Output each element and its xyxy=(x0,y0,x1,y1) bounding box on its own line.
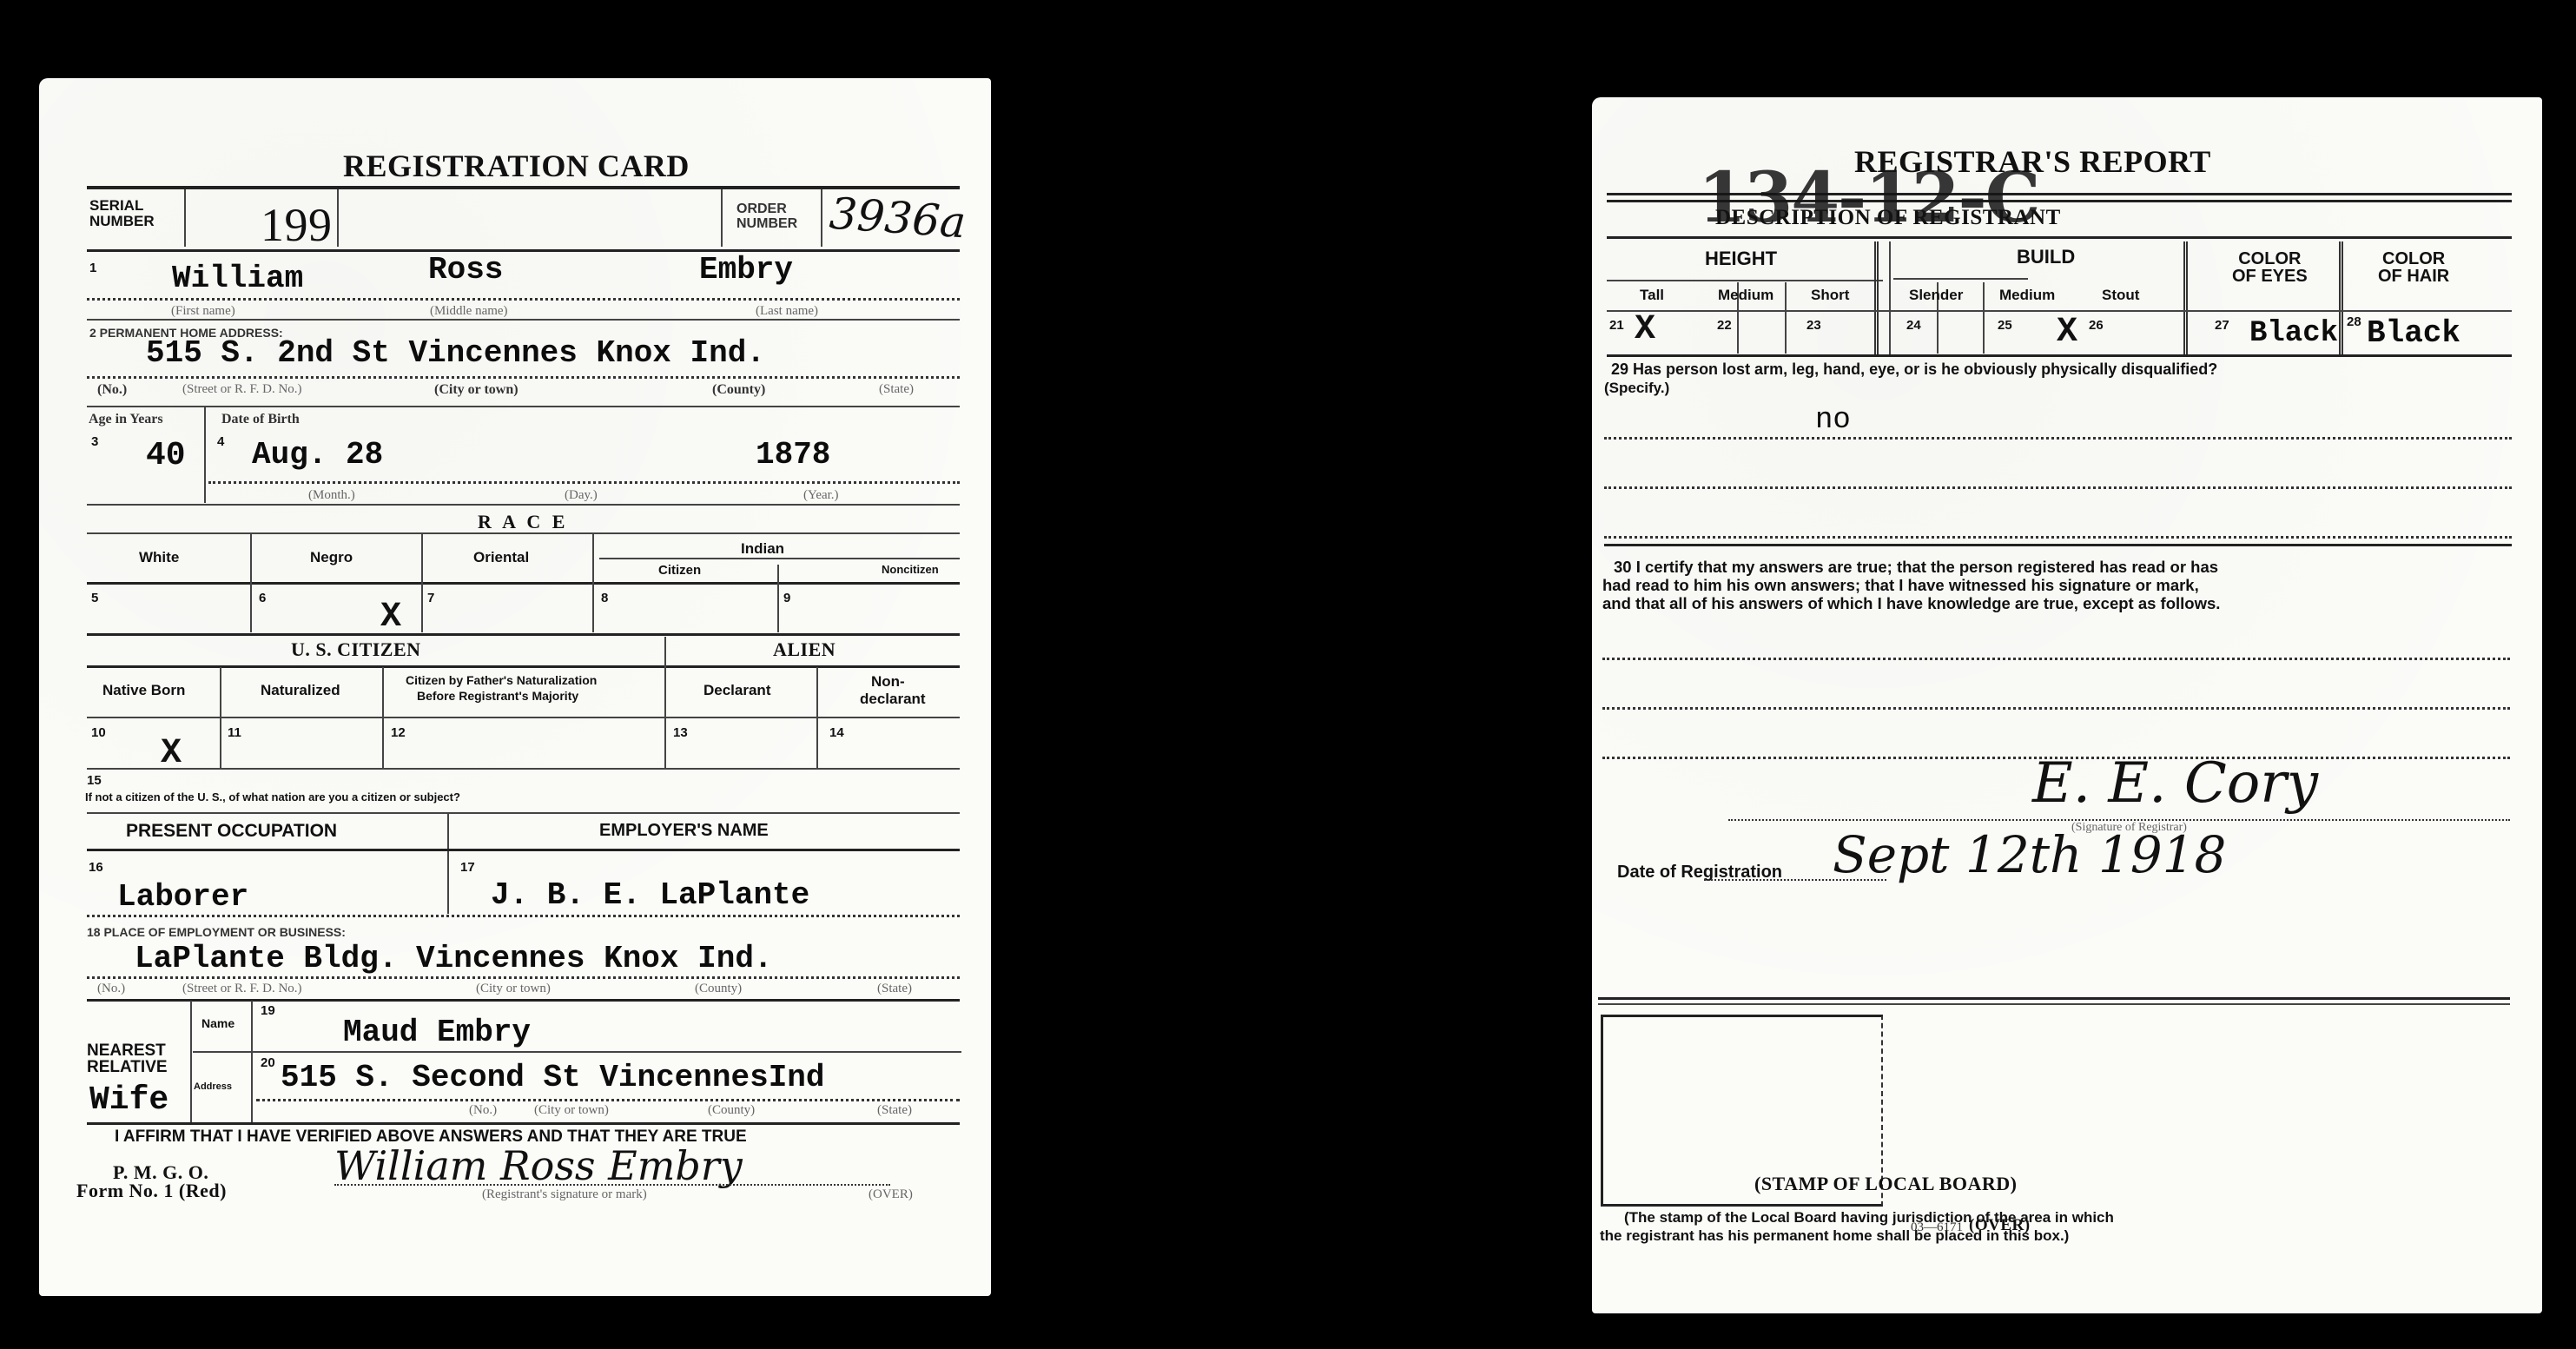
serial-label: SERIAL NUMBER xyxy=(89,198,155,229)
date-of-registration-value: Sept 12th 1918 xyxy=(1833,825,2226,884)
last-name: Embry xyxy=(699,252,793,288)
rule xyxy=(1602,707,2510,710)
rule xyxy=(87,665,960,668)
eye-color: Black xyxy=(2249,317,2338,350)
divider xyxy=(1785,282,1787,354)
rule xyxy=(87,999,960,1002)
registrant-signature: William Ross Embry xyxy=(334,1142,743,1189)
race-negro-mark: X xyxy=(380,598,401,637)
height-short: Short xyxy=(1811,287,1849,304)
q30-line3: and that all of his answers of which I h… xyxy=(1602,594,2220,613)
over-label-right: (OVER) xyxy=(1969,1216,2031,1235)
divider xyxy=(447,814,449,914)
divider xyxy=(2183,241,2188,354)
rule xyxy=(1598,997,2510,1000)
rule xyxy=(87,376,960,379)
field-number: 19 xyxy=(261,1003,275,1018)
hair-color: Black xyxy=(2367,315,2460,351)
dob-caption-month: (Month.) xyxy=(308,488,355,503)
field-number: 26 xyxy=(2089,318,2104,333)
q30-line2: had read to him his own answers; that I … xyxy=(1602,576,2199,595)
rule xyxy=(334,1184,890,1186)
addr-caption-street: (Street or R. F. D. No.) xyxy=(182,382,302,397)
emp-caption-street: (Street or R. F. D. No.) xyxy=(182,982,302,996)
divider xyxy=(251,1001,253,1122)
field-number: 17 xyxy=(460,860,475,875)
divider xyxy=(1874,241,1879,354)
rule xyxy=(87,717,960,718)
rule xyxy=(87,915,960,917)
divider xyxy=(821,189,822,247)
field-number: 24 xyxy=(1906,318,1921,333)
occupation-header: PRESENT OCCUPATION xyxy=(126,821,337,842)
first-name-caption: (First name) xyxy=(171,304,235,319)
field-number: 7 xyxy=(427,591,434,605)
divider xyxy=(337,189,339,247)
rule xyxy=(87,249,960,252)
stamp-note-line1: (The stamp of the Local Board having jur… xyxy=(1624,1209,2114,1227)
divider xyxy=(1983,282,1985,354)
dob-year: 1878 xyxy=(756,437,830,473)
build-stout: Stout xyxy=(2102,287,2139,304)
field-number: 14 xyxy=(829,725,844,740)
nearest-relative-label: NEAREST RELATIVE xyxy=(87,1042,168,1075)
nearest-label-line1: NEAREST xyxy=(87,1042,168,1059)
rel-caption-city: (City or town) xyxy=(534,1103,609,1118)
employment-place-label: 18 PLACE OF EMPLOYMENT OR BUSINESS: xyxy=(87,925,346,939)
field-number: 11 xyxy=(228,725,241,740)
divider xyxy=(204,406,206,503)
citizen-header-naturalized: Naturalized xyxy=(261,682,340,699)
field-number: 13 xyxy=(673,725,688,740)
divider xyxy=(184,189,186,247)
relative-address-label: Address xyxy=(194,1081,232,1092)
nearest-label-line2: RELATIVE xyxy=(87,1059,168,1075)
q29-answer: no xyxy=(1815,404,1851,437)
field-number: 15 xyxy=(87,773,102,788)
rule xyxy=(1893,278,2028,280)
dob-caption-year: (Year.) xyxy=(803,488,839,503)
serial-number: 199 xyxy=(261,198,333,252)
field-number: 28 xyxy=(2347,314,2361,329)
rule xyxy=(1604,544,2512,546)
field-number: 9 xyxy=(783,591,790,605)
q29-text: 29 Has person lost arm, leg, hand, eye, … xyxy=(1611,360,2217,379)
occupation-value: Laborer xyxy=(117,879,248,915)
field-number: 3 xyxy=(91,434,98,449)
over-label: (OVER) xyxy=(869,1187,913,1202)
emp-caption-county: (County) xyxy=(695,982,742,996)
rule xyxy=(87,298,960,301)
race-header-negro: Negro xyxy=(310,549,353,566)
rule xyxy=(87,849,960,851)
hair-header-line1: COLOR xyxy=(2378,250,2449,268)
race-header-indian: Indian xyxy=(741,540,784,558)
relative-relation: Wife xyxy=(89,1081,168,1119)
height-tall-mark: X xyxy=(1635,310,1655,349)
addr-caption-no: (No.) xyxy=(97,382,127,398)
field-number: 8 xyxy=(601,591,608,605)
rule xyxy=(193,1051,961,1053)
registrar-signature: E. E. Cory xyxy=(2032,751,2318,816)
relative-name: Maud Embry xyxy=(343,1015,531,1050)
rule xyxy=(1704,879,1886,881)
relative-address: 515 S. Second St VincennesInd xyxy=(281,1060,825,1095)
rule xyxy=(1598,1003,2510,1005)
race-header-oriental: Oriental xyxy=(473,549,529,566)
dob-label: Date of Birth xyxy=(221,412,300,427)
citizen-header-native-born: Native Born xyxy=(102,682,185,699)
divider xyxy=(421,534,423,632)
registration-card-title: REGISTRATION CARD xyxy=(343,148,690,184)
last-name-caption: (Last name) xyxy=(756,304,818,319)
age-value: 40 xyxy=(146,437,186,474)
alien-header-non: Non- xyxy=(871,673,905,691)
order-label-line2: NUMBER xyxy=(736,216,797,231)
rule xyxy=(1607,236,2512,239)
board-stamp-number: 134-12-C xyxy=(1698,156,2038,238)
divider xyxy=(250,534,252,632)
serial-label-line1: SERIAL xyxy=(89,198,155,214)
field-number: 27 xyxy=(2215,318,2229,333)
rule xyxy=(1604,486,2512,489)
height-tall: Tall xyxy=(1640,287,1664,304)
divider xyxy=(190,1001,192,1122)
rule xyxy=(1604,437,2512,440)
hair-header: COLOR OF HAIR xyxy=(2378,250,2449,285)
form-code: 03—6171 xyxy=(1911,1220,1963,1235)
employment-place: LaPlante Bldg. Vincennes Knox Ind. xyxy=(135,941,773,976)
order-label: ORDER NUMBER xyxy=(736,202,797,231)
rule xyxy=(87,406,960,407)
divider xyxy=(2339,241,2343,354)
age-label: Age in Years xyxy=(89,412,163,427)
rule xyxy=(208,481,960,484)
citizen-header-fathers: Citizen by Father's Naturalization xyxy=(406,673,597,687)
height-header: HEIGHT xyxy=(1705,248,1777,270)
employer-value: J. B. E. LaPlante xyxy=(491,877,809,913)
addr-caption-county: (County) xyxy=(712,382,765,398)
divider xyxy=(721,189,723,247)
rule xyxy=(87,186,960,189)
stamp-label: (STAMP OF LOCAL BOARD) xyxy=(1754,1173,2018,1195)
race-header-citizen: Citizen xyxy=(658,563,701,578)
employer-header: EMPLOYER'S NAME xyxy=(599,821,769,841)
rule xyxy=(1602,658,2510,660)
signature-caption: (Registrant's signature or mark) xyxy=(482,1187,647,1202)
rule xyxy=(87,812,960,814)
rel-caption-county: (County) xyxy=(708,1103,755,1118)
rule xyxy=(256,1099,960,1101)
dob-month-day: Aug. 28 xyxy=(252,437,383,473)
alien-header-declarant: Declarant xyxy=(703,682,770,699)
rule xyxy=(1607,310,2512,312)
first-name: William xyxy=(172,261,303,296)
relative-name-label: Name xyxy=(201,1016,234,1030)
form-number: Form No. 1 (Red) xyxy=(76,1180,227,1202)
field-number: 1 xyxy=(89,261,96,275)
divider xyxy=(777,565,779,632)
build-medium-mark: X xyxy=(2057,313,2077,352)
emp-caption-no: (No.) xyxy=(97,982,125,996)
rule xyxy=(87,768,960,770)
race-header-white: White xyxy=(139,549,179,566)
emp-caption-city: (City or town) xyxy=(476,982,551,996)
field-number: 22 xyxy=(1717,318,1732,333)
field-number: 5 xyxy=(91,591,98,605)
divider xyxy=(592,534,594,632)
q30-line1: 30 I certify that my answers are true; t… xyxy=(1614,558,2218,577)
race-title: R A C E xyxy=(478,511,568,533)
rule xyxy=(1607,280,1883,281)
field-number: 25 xyxy=(1998,318,2012,333)
us-citizen-title: U. S. CITIZEN xyxy=(291,638,421,661)
rule xyxy=(87,532,960,534)
hair-header-line2: OF HAIR xyxy=(2378,268,2449,285)
height-medium: Medium xyxy=(1718,287,1773,304)
dob-caption-day: (Day.) xyxy=(565,488,598,503)
rel-caption-no: (No.) xyxy=(469,1103,497,1118)
race-header-noncitizen: Noncitizen xyxy=(882,563,939,576)
field-number: 4 xyxy=(217,434,224,449)
eyes-header: COLOR OF EYES xyxy=(2232,250,2308,285)
alien-title: ALIEN xyxy=(773,638,836,661)
rule xyxy=(1604,536,2512,539)
divider xyxy=(664,637,666,769)
field-number: 12 xyxy=(391,725,406,740)
rule xyxy=(599,558,960,559)
field-number: 16 xyxy=(89,860,103,875)
field-number: 10 xyxy=(91,725,106,740)
rule xyxy=(1607,354,2512,357)
eyes-header-line1: COLOR xyxy=(2232,250,2308,268)
rule xyxy=(87,976,960,979)
middle-name-caption: (Middle name) xyxy=(430,304,508,319)
divider xyxy=(1889,241,1891,354)
rule xyxy=(87,319,960,321)
order-number: 3936a xyxy=(828,188,968,248)
field-number: 20 xyxy=(261,1055,275,1070)
citizen-header-majority: Before Registrant's Majority xyxy=(417,689,578,703)
q29-specify: (Specify.) xyxy=(1604,380,1669,397)
build-slender: Slender xyxy=(1909,287,1963,304)
middle-name: Ross xyxy=(428,252,503,288)
rule xyxy=(87,582,960,585)
serial-label-line2: NUMBER xyxy=(89,214,155,229)
home-address: 515 S. 2nd St Vincennes Knox Ind. xyxy=(146,335,765,371)
field-number: 21 xyxy=(1609,318,1624,333)
eyes-header-line2: OF EYES xyxy=(2232,268,2308,285)
field-number: 23 xyxy=(1807,318,1821,333)
rule xyxy=(87,1122,960,1125)
build-header: BUILD xyxy=(2017,246,2075,268)
rule xyxy=(87,633,960,636)
field-15-question: If not a citizen of the U. S., of what n… xyxy=(85,790,460,803)
rule xyxy=(87,504,960,506)
alien-header-declarant2: declarant xyxy=(860,691,926,708)
addr-caption-city: (City or town) xyxy=(434,382,519,398)
order-label-line1: ORDER xyxy=(736,202,797,216)
emp-caption-state: (State) xyxy=(877,982,912,996)
rel-caption-state: (State) xyxy=(877,1103,912,1118)
addr-caption-state: (State) xyxy=(879,382,914,397)
field-number: 6 xyxy=(259,591,266,605)
build-medium: Medium xyxy=(1999,287,2055,304)
